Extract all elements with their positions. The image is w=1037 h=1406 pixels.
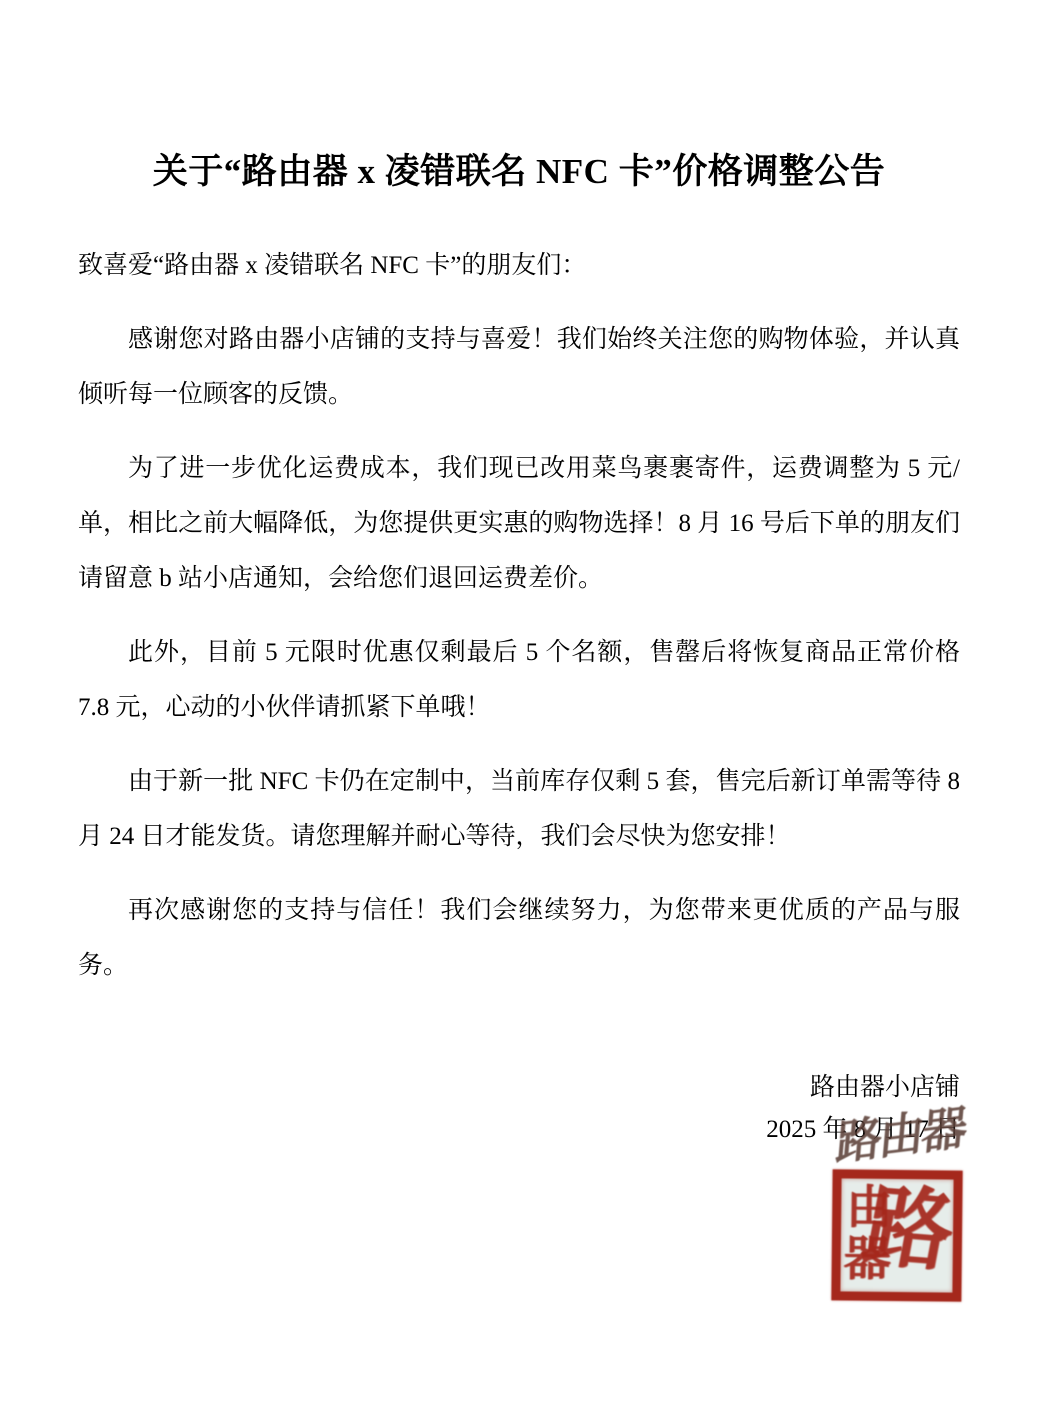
seal-char-you: 由	[846, 1184, 892, 1230]
page: { "page": { "background": "#ffffff", "te…	[0, 0, 1037, 1406]
paragraph-discount-quota: 此外，目前 5 元限时优惠仅剩最后 5 个名额，售罄后将恢复商品正常价格 7.8…	[78, 625, 960, 735]
paragraph-thanks: 感谢您对路由器小店铺的支持与喜爱！我们始终关注您的购物体验，并认真倾听每一位顾客…	[78, 312, 960, 422]
paragraph-stock-notice: 由于新一批 NFC 卡仍在定制中，当前库存仅剩 5 套，售完后新订单需等待 8 …	[78, 754, 960, 864]
document-title: 关于“路由器 x 凌错联名 NFC 卡”价格调整公告	[78, 146, 960, 198]
announcement-document: 关于“路由器 x 凌错联名 NFC 卡”价格调整公告 致喜爱“路由器 x 凌错联…	[78, 0, 960, 1151]
red-seal-stamp: 路 由 器	[831, 1169, 962, 1301]
salutation-line: 致喜爱“路由器 x 凌错联名 NFC 卡”的朋友们：	[78, 238, 960, 293]
handwritten-signature: 路由器	[834, 1088, 991, 1174]
seal-area: 路由器 路 由 器	[818, 1098, 988, 1318]
seal-char-qi: 器	[843, 1236, 890, 1283]
paragraph-closing-thanks: 再次感谢您的支持与信任！我们会继续努力，为您带来更优质的产品与服务。	[78, 883, 960, 993]
paragraph-shipping-change: 为了进一步优化运费成本，我们现已改用菜鸟裹裹寄件，运费调整为 5 元/单，相比之…	[78, 441, 960, 606]
